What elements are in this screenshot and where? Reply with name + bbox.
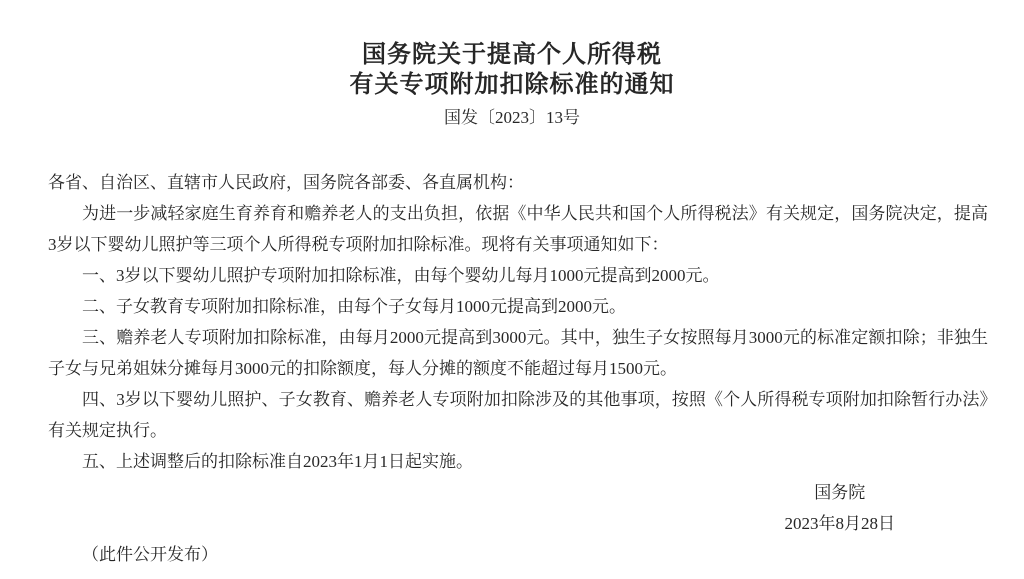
- paragraph-item-5: 五、上述调整后的扣除标准自2023年1月1日起实施。: [48, 446, 988, 477]
- document-title-line2: 有关专项附加扣除标准的通知: [0, 70, 1024, 100]
- paragraph-item-1: 一、3岁以下婴幼儿照护专项附加扣除标准，由每个婴幼儿每月1000元提高到2000…: [48, 260, 988, 291]
- signature-date: 2023年8月28日: [785, 508, 896, 539]
- document-number: 国发〔2023〕13号: [0, 108, 1024, 128]
- signature-block: 国务院 2023年8月28日: [48, 477, 988, 539]
- salutation: 各省、自治区、直辖市人民政府，国务院各部委、各直属机构：: [48, 167, 988, 198]
- paragraph-item-2: 二、子女教育专项附加扣除标准，由每个子女每月1000元提高到2000元。: [48, 291, 988, 322]
- document-title-line1: 国务院关于提高个人所得税: [0, 40, 1024, 70]
- document-title: 国务院关于提高个人所得税 有关专项附加扣除标准的通知: [0, 0, 1024, 100]
- paragraph-intro: 为进一步减轻家庭生育养育和赡养老人的支出负担，依据《中华人民共和国个人所得税法》…: [48, 198, 988, 260]
- footnote: （此件公开发布）: [48, 539, 988, 570]
- paragraph-item-3: 三、赡养老人专项附加扣除标准，由每月2000元提高到3000元。其中，独生子女按…: [48, 322, 988, 384]
- signature-issuer: 国务院: [785, 477, 896, 508]
- document-page: 国务院关于提高个人所得税 有关专项附加扣除标准的通知 国发〔2023〕13号 各…: [0, 0, 1024, 579]
- paragraph-item-4: 四、3岁以下婴幼儿照护、子女教育、赡养老人专项附加扣除涉及的其他事项，按照《个人…: [48, 384, 988, 446]
- signature-inner: 国务院 2023年8月28日: [785, 477, 896, 539]
- document-body: 各省、自治区、直辖市人民政府，国务院各部委、各直属机构： 为进一步减轻家庭生育养…: [48, 167, 988, 570]
